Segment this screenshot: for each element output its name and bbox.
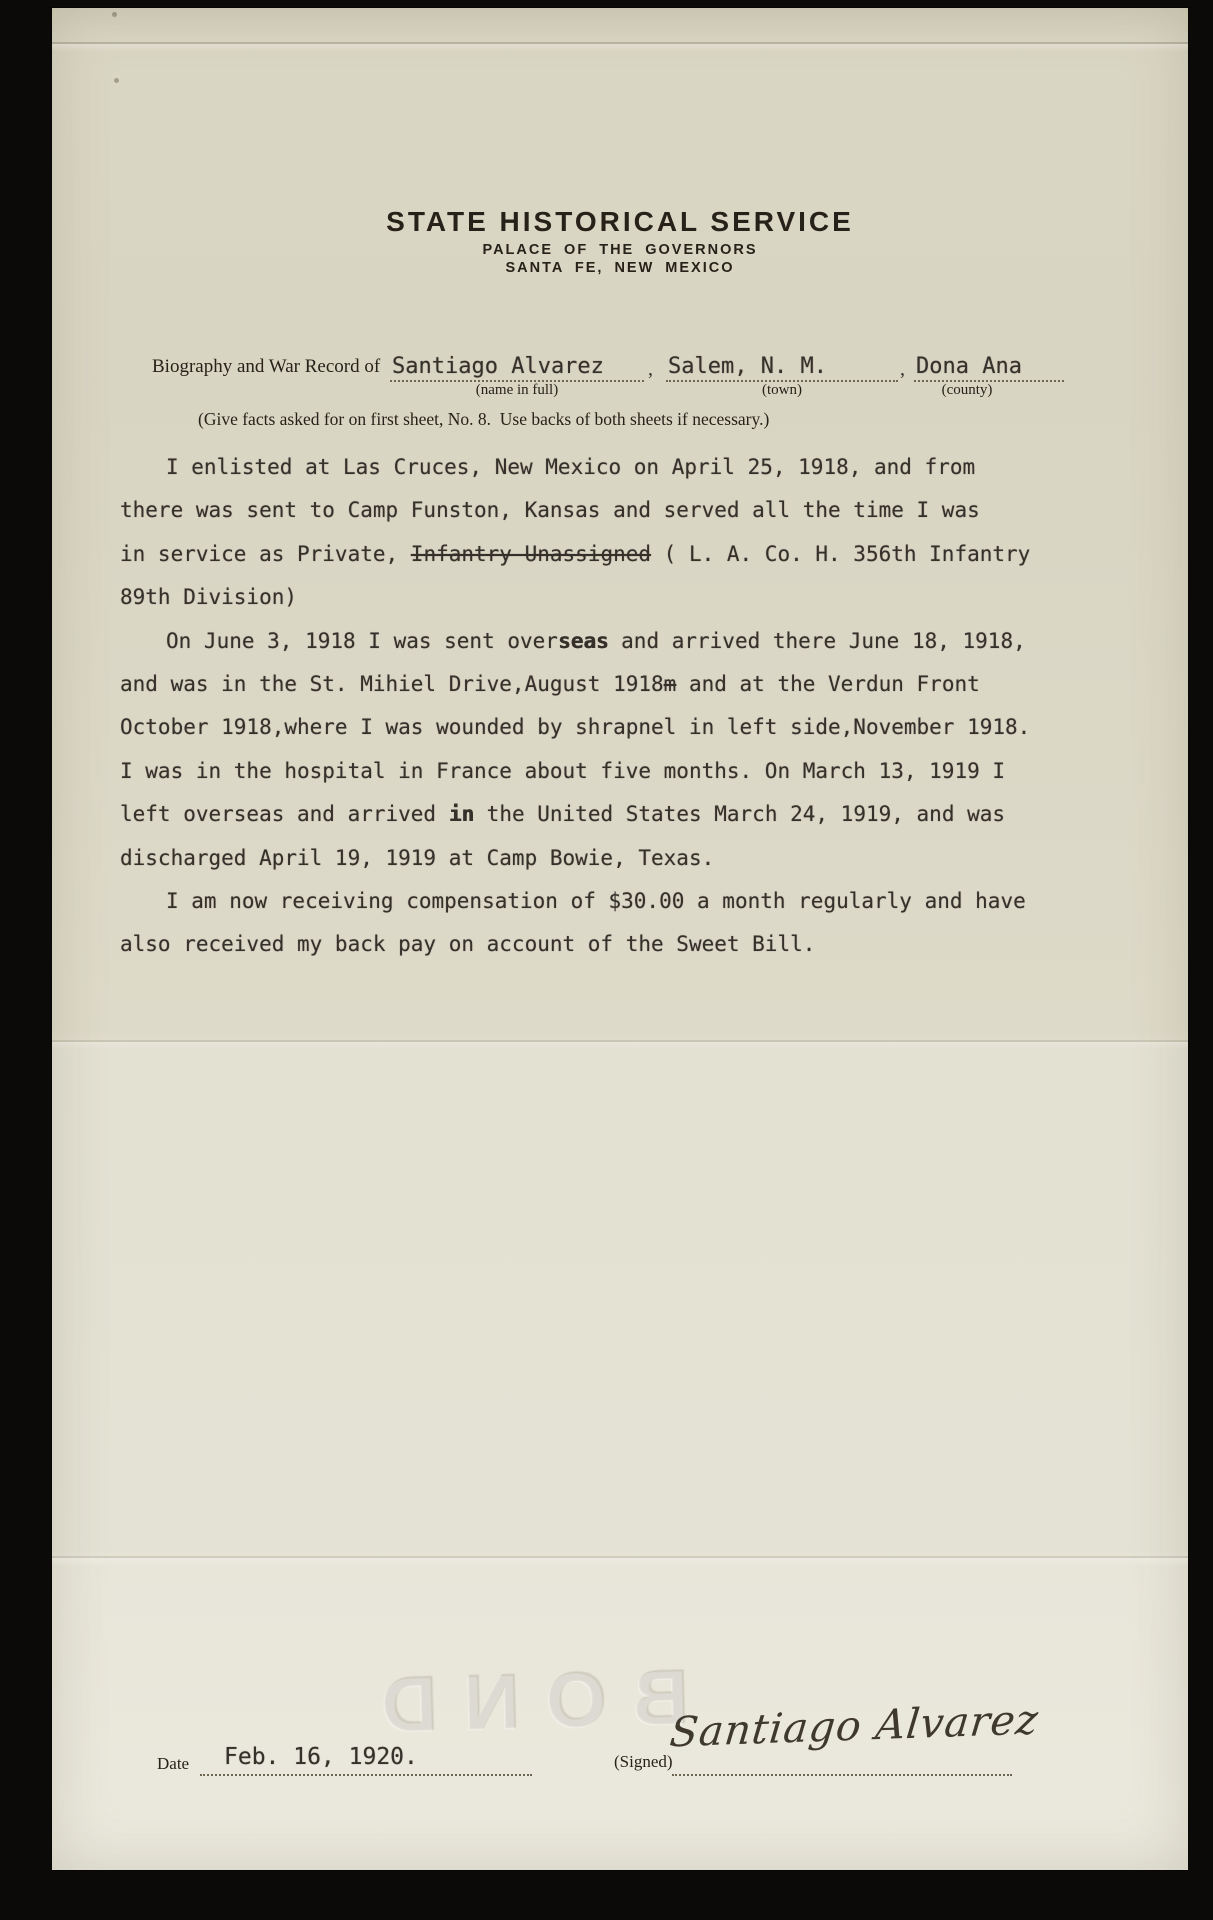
- name-field: Santiago Alvarez: [390, 346, 644, 382]
- typewritten-line: discharged April 19, 1919 at Camp Bowie,…: [120, 837, 1120, 880]
- text-segment: the United States March 24, 1919, and wa…: [474, 802, 1005, 826]
- fold-crease-middle: [52, 1040, 1188, 1042]
- typewritten-line: October 1918,where I was wounded by shra…: [120, 706, 1120, 749]
- signature-underline: [672, 1774, 1012, 1776]
- struck-text: m: [664, 672, 677, 696]
- text-segment: I was in the hospital in France about fi…: [120, 759, 1005, 783]
- document-paper: STATE HISTORICAL SERVICE PALACE OF THE G…: [52, 8, 1188, 1870]
- text-segment: and was in the St. Mihiel Drive,August 1…: [120, 672, 664, 696]
- text-segment: there was sent to Camp Funston, Kansas a…: [120, 498, 980, 522]
- text-segment: and arrived there June 18, 1918,: [609, 629, 1026, 653]
- text-segment: 89th Division): [120, 585, 297, 609]
- paper-speck: [114, 78, 119, 83]
- typewritten-line: left overseas and arrived in the United …: [120, 793, 1120, 836]
- typewritten-line: On June 3, 1918 I was sent overseas and …: [120, 620, 1120, 663]
- letterhead-title: STATE HISTORICAL SERVICE: [52, 206, 1188, 238]
- letterhead-line3: SANTA FE, NEW MEXICO: [52, 260, 1188, 276]
- county-field: Dona Ana: [914, 346, 1064, 382]
- fold-crease-top: [52, 42, 1188, 44]
- field-separator: ,: [900, 358, 905, 381]
- text-segment: ( L. A. Co. H. 356th Infantry: [651, 542, 1030, 566]
- text-segment: discharged April 19, 1919 at Camp Bowie,…: [120, 846, 714, 870]
- name-field-caption: (name in full): [390, 382, 644, 399]
- typewritten-line: I am now receiving compensation of $30.0…: [120, 880, 1120, 923]
- town-field: Salem, N. M.: [666, 346, 898, 382]
- date-value: Feb. 16, 1920.: [224, 1744, 418, 1770]
- text-segment: On June 3, 1918 I was sent over: [166, 629, 558, 653]
- record-label: Biography and War Record of: [152, 356, 380, 378]
- signed-label: (Signed): [614, 1752, 673, 1772]
- text-segment: and at the Verdun Front: [676, 672, 979, 696]
- scan-photo: { "colors": { "background": "#0b0a08", "…: [0, 0, 1213, 1920]
- letterhead-line2: PALACE OF THE GOVERNORS: [52, 242, 1188, 258]
- typewritten-line: in service as Private, Infantry Unassign…: [120, 533, 1120, 576]
- text-segment: October 1918,where I was wounded by shra…: [120, 715, 1030, 739]
- typewritten-line: I enlisted at Las Cruces, New Mexico on …: [120, 446, 1120, 489]
- letterhead: STATE HISTORICAL SERVICE PALACE OF THE G…: [52, 206, 1188, 276]
- date-underline: [200, 1774, 532, 1776]
- text-segment: left overseas and arrived: [120, 802, 449, 826]
- date-label: Date: [157, 1754, 189, 1774]
- text-segment: also received my back pay on account of …: [120, 932, 815, 956]
- paper-speck: [112, 12, 117, 17]
- instruction-note: (Give facts asked for on first sheet, No…: [198, 409, 769, 430]
- typewritten-line: 89th Division): [120, 576, 1120, 619]
- text-segment: I am now receiving compensation of $30.0…: [166, 889, 1026, 913]
- body-text: I enlisted at Las Cruces, New Mexico on …: [120, 446, 1120, 967]
- overtyped-text: seas: [558, 629, 609, 653]
- town-field-caption: (town): [666, 382, 898, 399]
- county-field-caption: (county): [892, 382, 1042, 399]
- town-field-value: Salem, N. M.: [666, 355, 829, 380]
- text-segment: I enlisted at Las Cruces, New Mexico on …: [166, 455, 975, 479]
- typewritten-line: also received my back pay on account of …: [120, 923, 1120, 966]
- county-field-value: Dona Ana: [914, 355, 1024, 380]
- fold-crease-lower: [52, 1556, 1188, 1558]
- overtyped-text: in: [449, 802, 474, 826]
- typewritten-line: there was sent to Camp Funston, Kansas a…: [120, 489, 1120, 532]
- typewritten-line: I was in the hospital in France about fi…: [120, 750, 1120, 793]
- field-separator: ,: [648, 358, 653, 381]
- struck-text: Infantry Unassigned: [411, 542, 651, 566]
- typewritten-line: and was in the St. Mihiel Drive,August 1…: [120, 663, 1120, 706]
- text-segment: in service as Private,: [120, 542, 411, 566]
- name-field-value: Santiago Alvarez: [390, 355, 606, 380]
